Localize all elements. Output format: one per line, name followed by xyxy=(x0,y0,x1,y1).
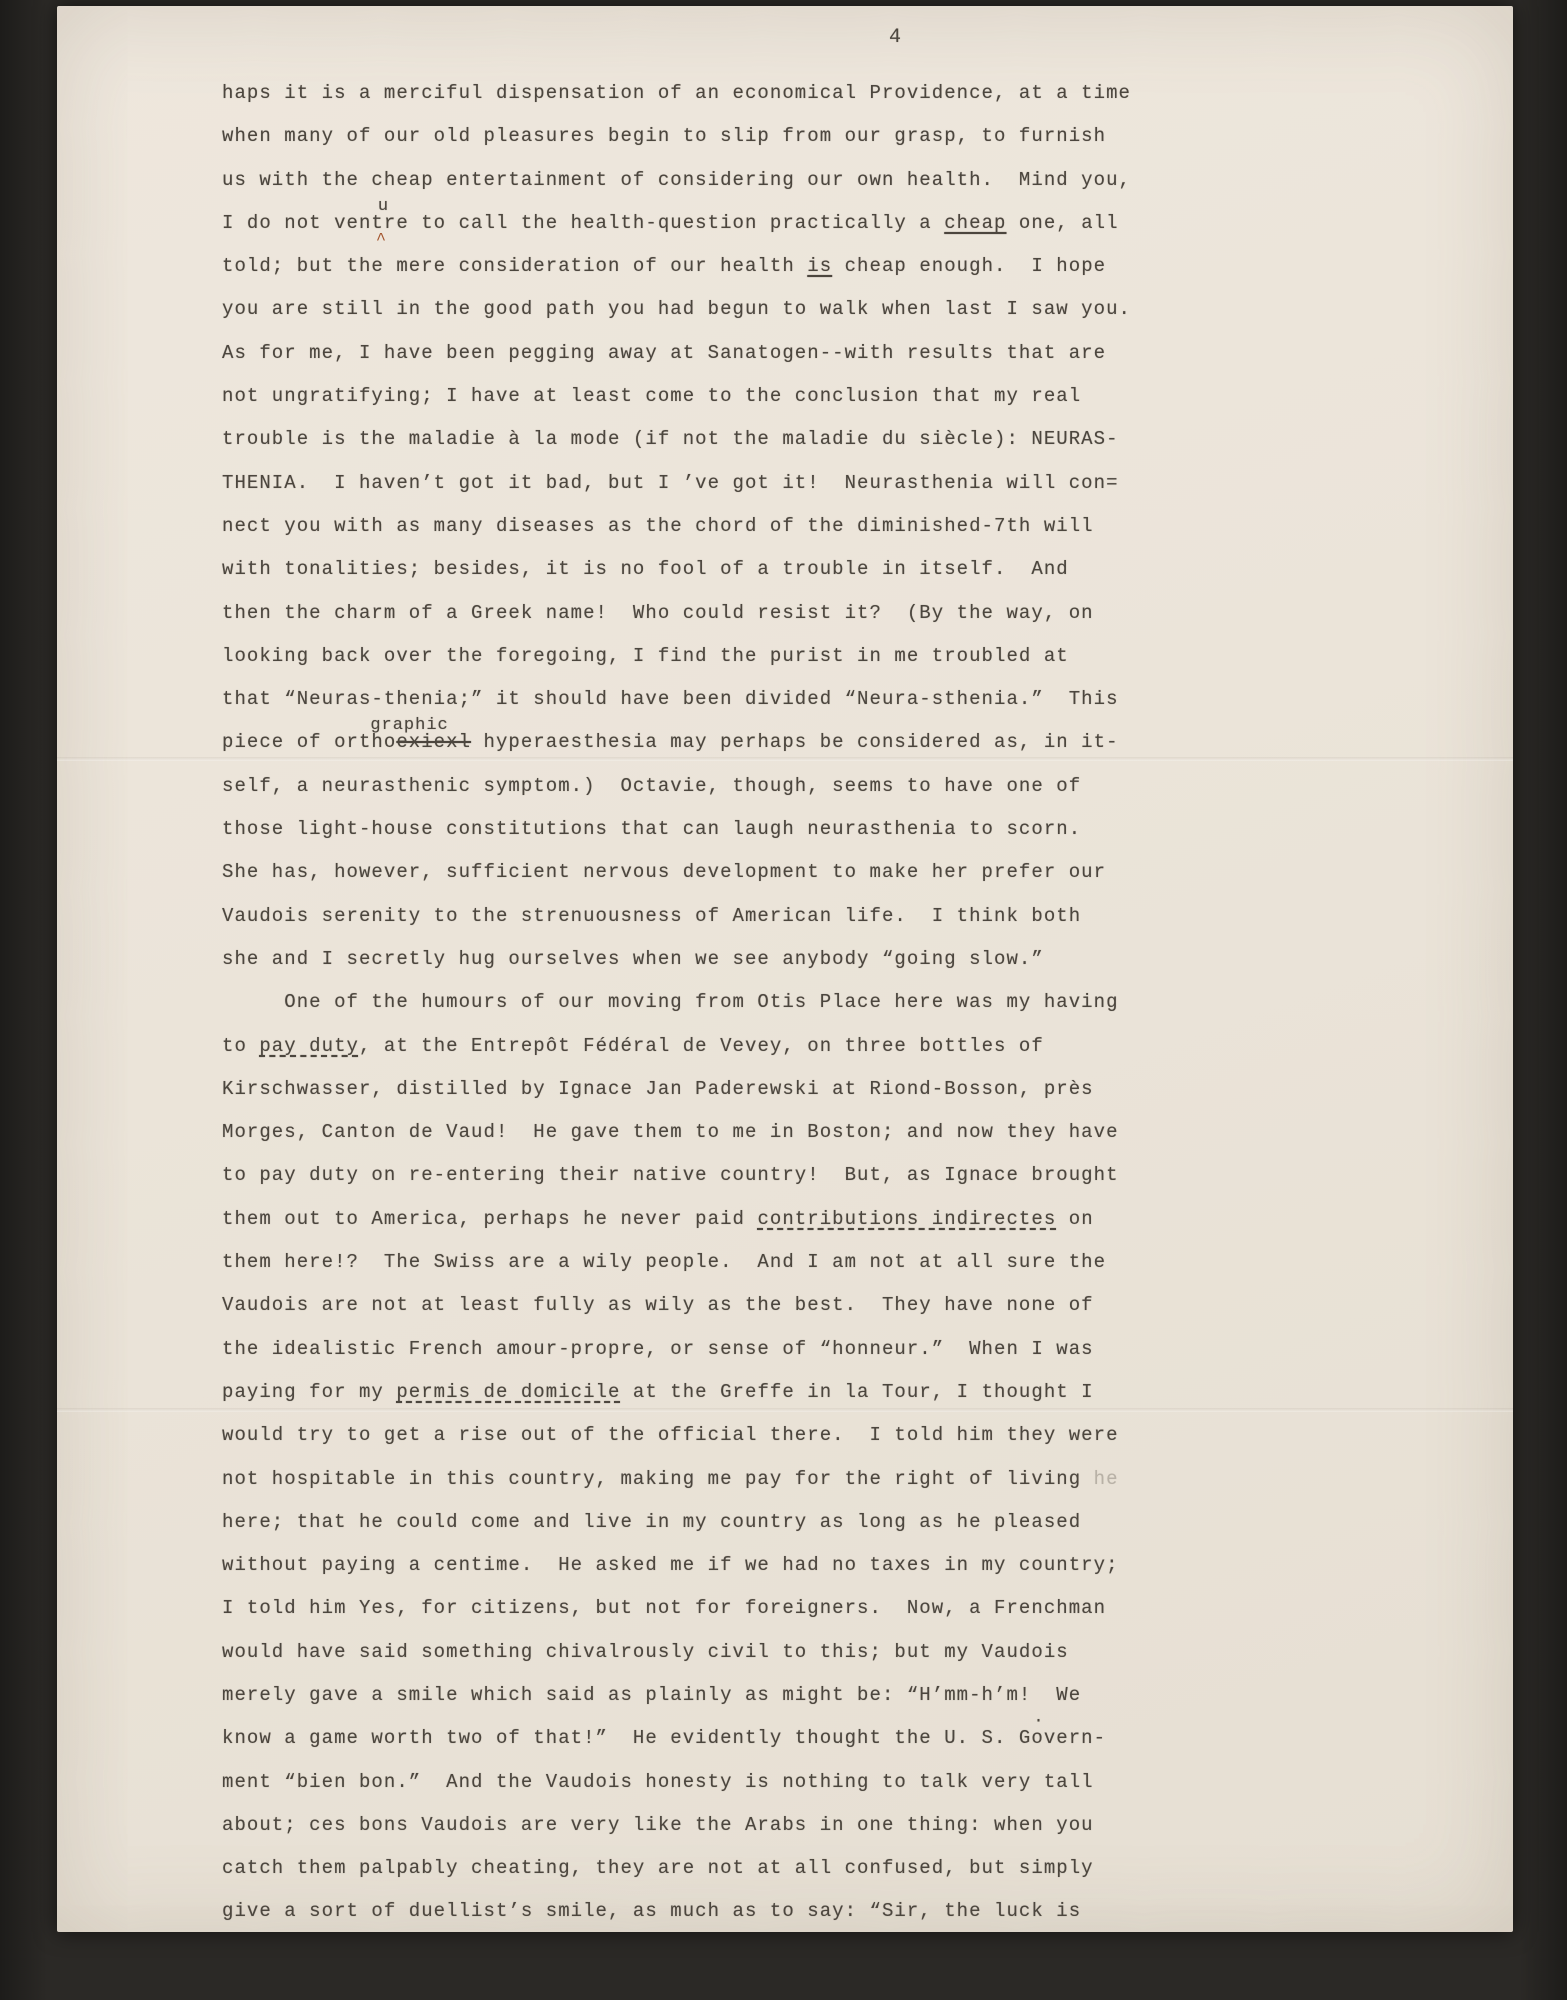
letter-line: would try to get a rise out of the offic… xyxy=(222,1414,1131,1457)
letter-text: he xyxy=(1094,1468,1119,1490)
interlined-text: graphic xyxy=(370,717,448,734)
letter-text: here; that he could come and live in my … xyxy=(222,1511,1081,1533)
letter-line: you are still in the good path you had b… xyxy=(222,288,1131,331)
letter-line: us with the cheap entertainment of consi… xyxy=(222,159,1131,202)
letter-text: As for me, I have been pegging away at S… xyxy=(222,342,1106,364)
letter-line: she and I secretly hug ourselves when we… xyxy=(222,938,1131,981)
letter-line: She has, however, sufficient nervous dev… xyxy=(222,851,1131,894)
letter-line: self, a neurasthenic symptom.) Octavie, … xyxy=(222,765,1131,808)
letter-text: not ungratifying; I have at least come t… xyxy=(222,385,1081,407)
letter-line: with tonalities; besides, it is no fool … xyxy=(222,548,1131,591)
letter-line: nect you with as many diseases as the ch… xyxy=(222,505,1131,548)
letter-line: not hospitable in this country, making m… xyxy=(222,1458,1131,1501)
interlined-text: · xyxy=(1033,1713,1044,1730)
page-number: 4 xyxy=(889,26,902,49)
letter-line: here; that he could come and live in my … xyxy=(222,1501,1131,1544)
scanned-letter-page: { "page": { "number": "4" }, "colors": {… xyxy=(0,0,1567,2000)
letter-line: to pay duty, at the Entrepôt Fédéral de … xyxy=(222,1025,1131,1068)
letter-text: them here!? The Swiss are a wily people.… xyxy=(222,1251,1106,1273)
letter-line: about; ces bons Vaudois are very like th… xyxy=(222,1804,1131,1847)
inline-correction: o· xyxy=(1031,1727,1043,1750)
letter-line: to pay duty on re-entering their native … xyxy=(222,1154,1131,1197)
letter-text: e to call the health-question practicall… xyxy=(396,212,944,234)
letter-text: us with the cheap entertainment of consi… xyxy=(222,169,1131,191)
letter-line: One of the humours of our moving from Ot… xyxy=(222,981,1131,1024)
letter-text: to xyxy=(222,1035,259,1057)
letter-line: Kirschwasser, distilled by Ignace Jan Pa… xyxy=(222,1068,1131,1111)
paper-sheet: 4 haps it is a merciful dispensation of … xyxy=(57,6,1513,1932)
letter-line: THENIA. I haven’t got it bad, but I ’ve … xyxy=(222,462,1131,505)
letter-line: those light-house constitutions that can… xyxy=(222,808,1131,851)
letter-text: about; ces bons Vaudois are very like th… xyxy=(222,1814,1094,1836)
letter-text: would have said something chivalrously c… xyxy=(222,1641,1069,1663)
letter-text: trouble is the maladie à la mode (if not… xyxy=(222,428,1119,450)
letter-text: I told him Yes, for citizens, but not fo… xyxy=(222,1597,1106,1619)
letter-line: them out to America, perhaps he never pa… xyxy=(222,1198,1131,1241)
caret-mark: ^ xyxy=(376,232,387,249)
inline-correction: ru^ xyxy=(384,212,396,235)
letter-line: when many of our old pleasures begin to … xyxy=(222,115,1131,158)
letter-text: you are still in the good path you had b… xyxy=(222,298,1131,320)
letter-text: permis de domicile xyxy=(396,1381,620,1403)
letter-line: trouble is the maladie à la mode (if not… xyxy=(222,418,1131,461)
letter-line: then the charm of a Greek name! Who coul… xyxy=(222,592,1131,635)
letter-text: on xyxy=(1056,1208,1093,1230)
letter-text: know a game worth two of that!” He evide… xyxy=(222,1727,1031,1749)
letter-line: looking back over the foregoing, I find … xyxy=(222,635,1131,678)
inline-correction: exiexlgraphic xyxy=(396,731,471,754)
letter-line: give a sort of duellist’s smile, as much… xyxy=(222,1890,1131,1933)
letter-text: give a sort of duellist’s smile, as much… xyxy=(222,1900,1081,1922)
letter-line: told; but the mere consideration of our … xyxy=(222,245,1131,288)
letter-text: she and I secretly hug ourselves when we… xyxy=(222,948,1044,970)
letter-text: , at the Entrepôt Fédéral de Vevey, on t… xyxy=(359,1035,1044,1057)
letter-text: Vaudois serenity to the strenuousness of… xyxy=(222,905,1081,927)
letter-text: contributions indirectes xyxy=(757,1208,1056,1230)
letter-text: is xyxy=(807,255,832,277)
letter-line: paying for my permis de domicile at the … xyxy=(222,1371,1131,1414)
letter-text: pay duty xyxy=(259,1035,359,1057)
letter-line: As for me, I have been pegging away at S… xyxy=(222,332,1131,375)
letter-line: would have said something chivalrously c… xyxy=(222,1631,1131,1674)
letter-text: hyperaesthesia may perhaps be considered… xyxy=(471,731,1119,753)
letter-text: cheap enough. I hope xyxy=(832,255,1106,277)
letter-text: She has, however, sufficient nervous dev… xyxy=(222,861,1106,883)
letter-line: Morges, Canton de Vaud! He gave them to … xyxy=(222,1111,1131,1154)
letter-line: I told him Yes, for citizens, but not fo… xyxy=(222,1587,1131,1630)
letter-text: self, a neurasthenic symptom.) Octavie, … xyxy=(222,775,1081,797)
letter-text: without paying a centime. He asked me if… xyxy=(222,1554,1119,1576)
letter-line: haps it is a merciful dispensation of an… xyxy=(222,72,1131,115)
letter-line: Vaudois are not at least fully as wily a… xyxy=(222,1284,1131,1327)
letter-line: them here!? The Swiss are a wily people.… xyxy=(222,1241,1131,1284)
letter-text: vern- xyxy=(1044,1727,1106,1749)
letter-text: Kirschwasser, distilled by Ignace Jan Pa… xyxy=(222,1078,1094,1100)
letter-text: those light-house constitutions that can… xyxy=(222,818,1081,840)
letter-text: not hospitable in this country, making m… xyxy=(222,1468,1094,1490)
letter-text: nect you with as many diseases as the ch… xyxy=(222,515,1094,537)
letter-line: merely gave a smile which said as plainl… xyxy=(222,1674,1131,1717)
letter-line: catch them palpably cheating, they are n… xyxy=(222,1847,1131,1890)
letter-text: that “Neuras-thenia;” it should have bee… xyxy=(222,688,1119,710)
letter-text: I do not vent xyxy=(222,212,384,234)
letter-text: Morges, Canton de Vaud! He gave them to … xyxy=(222,1121,1119,1143)
letter-line: I do not ventru^e to call the health-que… xyxy=(222,202,1131,245)
letter-text: haps it is a merciful dispensation of an… xyxy=(222,82,1131,104)
letter-text: them out to America, perhaps he never pa… xyxy=(222,1208,757,1230)
letter-line: Vaudois serenity to the strenuousness of… xyxy=(222,895,1131,938)
letter-line: ment “bien bon.” And the Vaudois honesty… xyxy=(222,1761,1131,1804)
letter-text: ment “bien bon.” And the Vaudois honesty… xyxy=(222,1771,1094,1793)
letter-text: one, all xyxy=(1006,212,1118,234)
letter-text: looking back over the foregoing, I find … xyxy=(222,645,1069,667)
letter-text: with tonalities; besides, it is no fool … xyxy=(222,558,1069,580)
letter-line: not ungratifying; I have at least come t… xyxy=(222,375,1131,418)
letter-text: then the charm of a Greek name! Who coul… xyxy=(222,602,1094,624)
letter-text: when many of our old pleasures begin to … xyxy=(222,125,1106,147)
letter-line: piece of orthoexiexlgraphic hyperaesthes… xyxy=(222,721,1131,764)
letter-text: cheap xyxy=(944,212,1006,234)
letter-text: the idealistic French amour-propre, or s… xyxy=(222,1338,1094,1360)
letter-text: at the Greffe in la Tour, I thought I xyxy=(620,1381,1093,1403)
interlined-text: u xyxy=(378,198,389,215)
letter-text: would try to get a rise out of the offic… xyxy=(222,1424,1119,1446)
letter-line: without paying a centime. He asked me if… xyxy=(222,1544,1131,1587)
letter-line: that “Neuras-thenia;” it should have bee… xyxy=(222,678,1131,721)
letter-text: catch them palpably cheating, they are n… xyxy=(222,1857,1094,1879)
letter-text: to pay duty on re-entering their native … xyxy=(222,1164,1119,1186)
letter-line: know a game worth two of that!” He evide… xyxy=(222,1717,1131,1760)
letter-body: haps it is a merciful dispensation of an… xyxy=(222,72,1131,1934)
letter-text: paying for my xyxy=(222,1381,396,1403)
letter-text: merely gave a smile which said as plainl… xyxy=(222,1684,1081,1706)
letter-text: Vaudois are not at least fully as wily a… xyxy=(222,1294,1094,1316)
letter-text: THENIA. I haven’t got it bad, but I ’ve … xyxy=(222,472,1119,494)
letter-text: told; but the mere consideration of our … xyxy=(222,255,807,277)
letter-line: the idealistic French amour-propre, or s… xyxy=(222,1328,1131,1371)
letter-text: One of the humours of our moving from Ot… xyxy=(222,991,1119,1013)
